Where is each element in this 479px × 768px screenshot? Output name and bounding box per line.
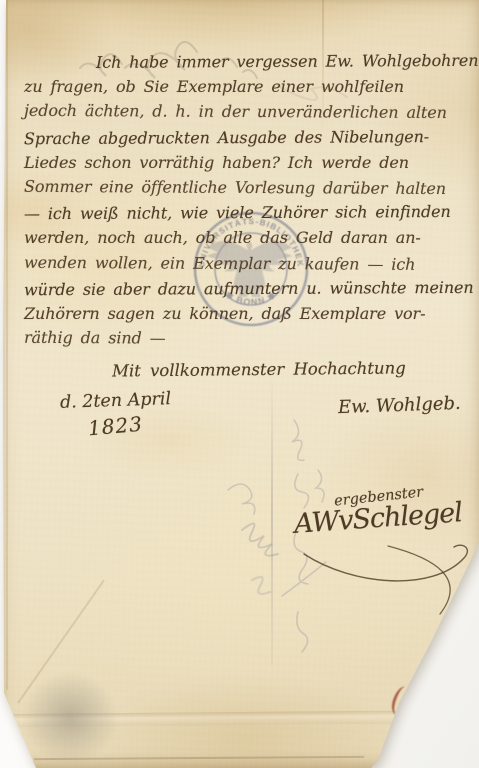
text-line: Zuhörern sagen zu können, daß Exemplare … [24,301,479,326]
text-line: Liedes schon vorräthig haben? Ich werde … [24,150,479,175]
letter-body: Ich habe immer vergessen Ew. Wohlgebohre… [24,49,479,351]
signature-tail-stroke [382,540,479,620]
text-line: räthig da sind — [24,325,479,353]
photo-backdrop: UNIVERSITÄTS-BIBLIOTHEK ✱ BONN ✱ Ich hab… [0,0,479,768]
dateline-year: 1823 [87,412,144,441]
letter-sheet: UNIVERSITÄTS-BIBLIOTHEK ✱ BONN ✱ Ich hab… [0,0,479,768]
text-line: wenden wollen, ein Exemplar zu kaufen — … [24,249,479,277]
text-line: — ich weiß nicht, wie viele Zuhörer sich… [24,199,479,227]
text-line: Ich habe immer vergessen Ew. Wohlgebohre… [24,48,479,76]
text-line: zu fragen, ob Sie Exemplare einer wohlfe… [24,74,479,99]
closing-line: Mit vollkommenster Hochachtung [112,358,406,380]
text-line: werden, noch auch, ob alle das Geld dara… [24,225,479,250]
addressee-abbreviation: Ew. Wohlgeb. [338,393,461,418]
text-line: jedoch ächten, d. h. in der unveränderli… [24,98,479,126]
text-line: Sprache abgedruckten Ausgabe des Nibelun… [24,123,479,151]
seal-showthrough-smudge [22,672,118,764]
text-line: würde sie aber dazu aufmuntern u. wünsch… [24,275,479,303]
text-line: Sommer eine öffentliche Vorlesung darübe… [24,174,479,202]
dateline: d. 2ten April [60,389,172,413]
wax-seal-residue [389,684,413,717]
paper-shadow: UNIVERSITÄTS-BIBLIOTHEK ✱ BONN ✱ Ich hab… [0,0,479,768]
